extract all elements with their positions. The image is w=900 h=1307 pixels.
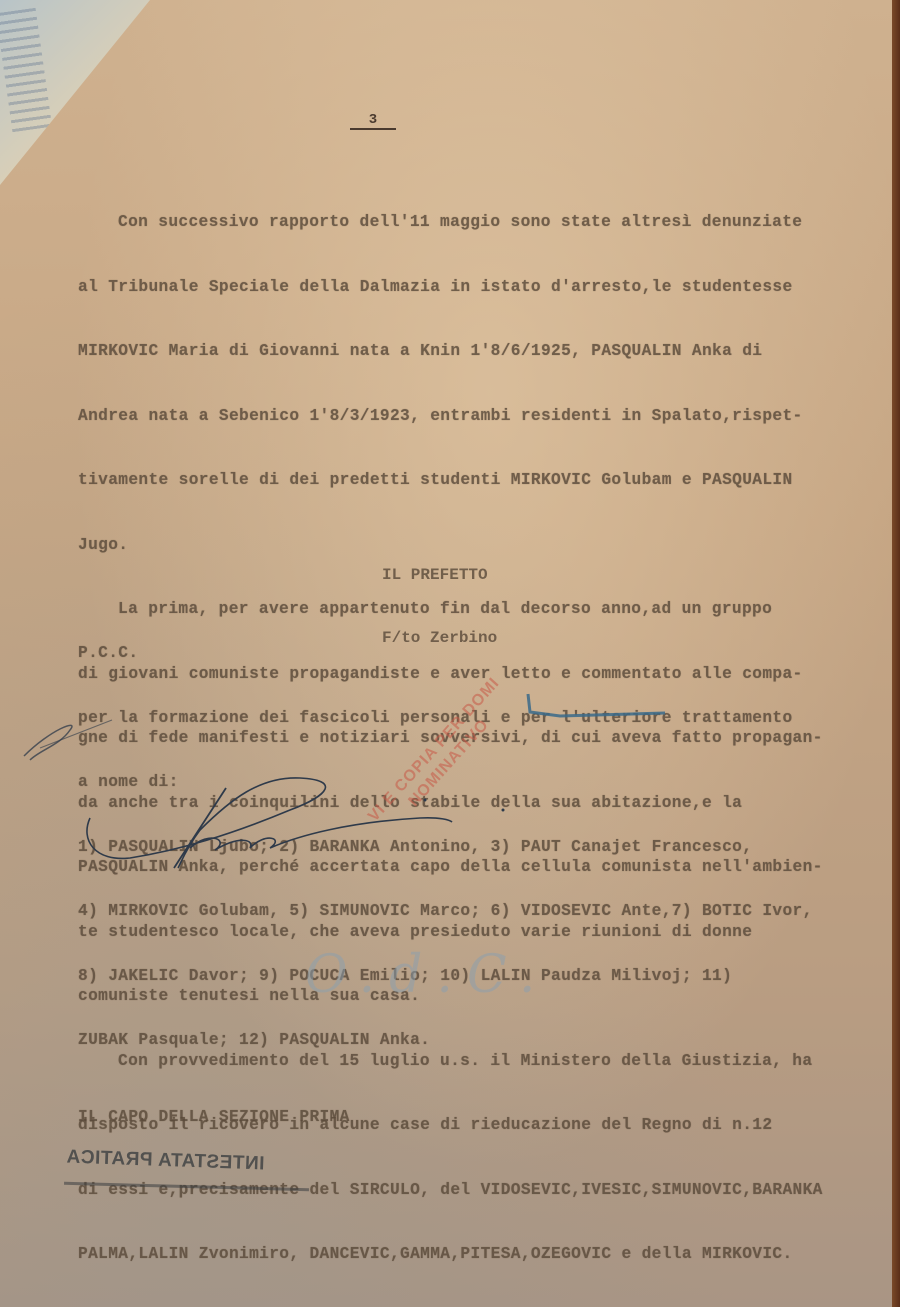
handwritten-signature (0, 0, 900, 1307)
faint-pencil-notation: O.d.C. (305, 945, 549, 1005)
